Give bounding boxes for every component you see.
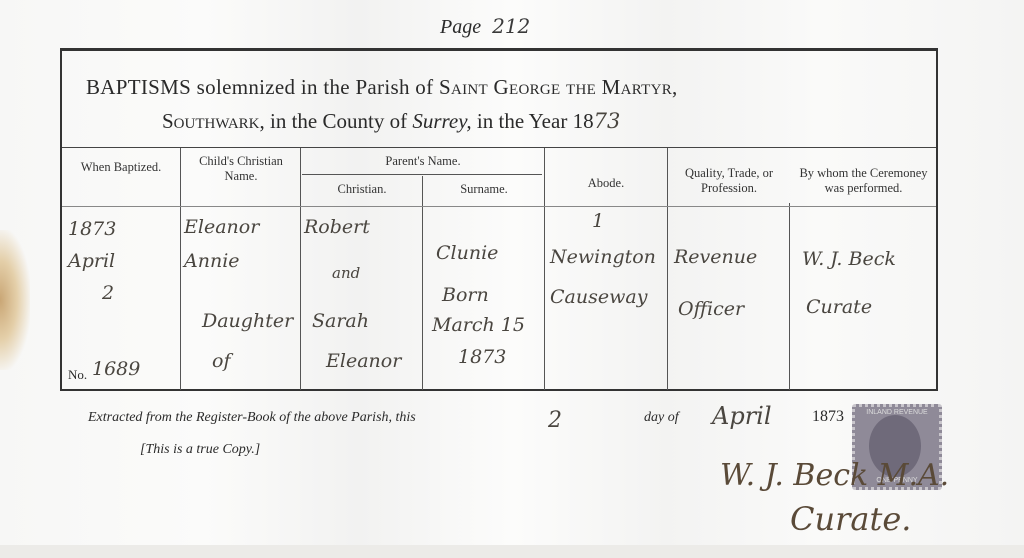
extracted-text: Extracted from the Register-Book of the … <box>88 410 416 425</box>
stamp-text: INLAND REVENUE <box>855 409 939 416</box>
entry-number-label: No. <box>68 358 87 392</box>
column-divider <box>300 148 301 390</box>
surname-line: 1873 <box>458 340 506 374</box>
parent-name-line: Robert <box>304 210 370 244</box>
abode-line: Causeway <box>550 280 647 314</box>
extracted-statement: Extracted from the Register-Book of the … <box>88 410 416 426</box>
footer-day: 2 <box>548 408 562 433</box>
title-year: 73 <box>594 109 621 133</box>
title-line-2: Southwark, in the County of Surrey, in t… <box>162 109 862 134</box>
parent-name-line: and <box>332 256 360 290</box>
quality-line: Officer <box>678 292 744 326</box>
by-whom-line: W. J. Beck <box>802 242 896 276</box>
child-name-line: Daughter <box>202 304 293 338</box>
column-divider <box>789 203 790 390</box>
page-header: Page 212 <box>440 14 530 39</box>
title-southwark: Southwark, <box>162 109 265 133</box>
header-abode: Abode. <box>546 176 666 191</box>
header-divider <box>302 174 542 175</box>
stain <box>0 230 30 370</box>
title-line-1: BAPTISMS solemnized in the Parish of Sai… <box>86 75 916 100</box>
surname-line: Clunie <box>436 236 498 270</box>
child-name-line: Eleanor <box>184 210 259 244</box>
header-christian: Christian. <box>302 182 422 197</box>
page-label: Page <box>440 16 481 38</box>
title-year-label: in the Year 18 <box>477 109 594 133</box>
surname-line: Born <box>442 278 489 312</box>
column-divider <box>667 148 668 390</box>
entry-day: 2 <box>102 276 114 310</box>
page-number: 212 <box>492 14 530 38</box>
footer-month: April <box>712 402 772 430</box>
column-divider <box>180 148 181 390</box>
header-childs-name: Child's Christian Name. <box>182 154 300 184</box>
title-parish: Saint George the Martyr, <box>439 75 678 99</box>
surname-line: March 15 <box>432 308 525 342</box>
header-when-baptized: When Baptized. <box>62 160 180 175</box>
quality-line: Revenue <box>674 240 757 274</box>
title-county: Surrey, <box>412 109 471 133</box>
child-name-line: Annie <box>184 244 240 278</box>
signature: W. J. Beck M.A. <box>720 458 949 493</box>
header-quality: Quality, Trade, or Profession. <box>669 166 789 196</box>
register-table: When Baptized. Child's Christian Name. P… <box>62 147 936 390</box>
by-whom-line: Curate <box>806 290 872 324</box>
column-divider <box>544 148 545 390</box>
column-divider <box>422 176 423 390</box>
header-divider <box>62 206 936 207</box>
certificate-paper: Page 212 BAPTISMS solemnized in the Pari… <box>0 0 1024 545</box>
abode-line: 1 <box>592 204 604 238</box>
parent-name-line: Sarah <box>312 304 369 338</box>
header-by-whom: By whom the Ceremoney was performed. <box>791 166 936 196</box>
title-county-label: in the County of <box>270 109 407 133</box>
header-surname: Surname. <box>424 182 544 197</box>
abode-line: Newington <box>550 240 656 274</box>
entry-year: 1873 <box>68 212 116 246</box>
title-baptisms: BAPTISMS <box>86 75 191 99</box>
true-copy: [This is a true Copy.] <box>140 442 260 458</box>
child-name-line: of <box>212 344 230 378</box>
header-parents-name: Parent's Name. <box>302 154 544 169</box>
entry-month: April <box>68 244 115 278</box>
footer-year: 1873 <box>812 408 844 426</box>
entry-number: 1689 <box>92 352 140 386</box>
title-solemnized: solemnized in the Parish of <box>197 75 434 99</box>
parent-name-line: Eleanor <box>326 344 401 378</box>
footer-day-of: day of <box>644 410 679 426</box>
signature-title: Curate. <box>790 500 911 538</box>
register-frame: BAPTISMS solemnized in the Parish of Sai… <box>60 48 938 391</box>
